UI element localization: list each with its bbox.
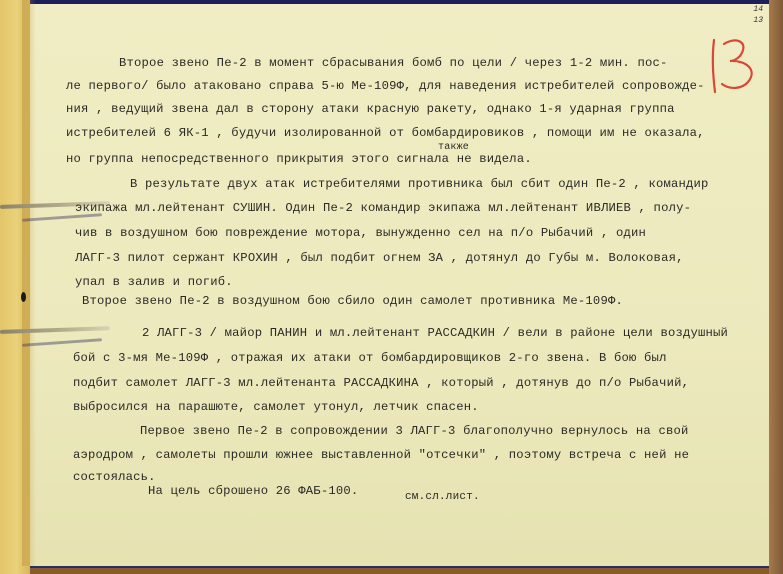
text-line: аэродром , самолеты прошли южнее выставл… (73, 448, 689, 462)
text-line: упал в залив и погиб. (75, 275, 233, 289)
text-line: чив в воздушном бою повреждение мотора, … (75, 226, 646, 240)
text-line: Второе звено Пе-2 в воздушном бою сбило … (82, 294, 623, 308)
text-line: выбросился на парашюте, самолет утонул, … (73, 400, 479, 414)
text-line: состоялась. (73, 470, 156, 484)
text-line: В результате двух атак истребителями про… (130, 177, 709, 191)
text-line: бой с 3-мя Ме-109Ф , отражая их атаки от… (73, 351, 667, 365)
text-line: 2 ЛАГГ-3 / майор ПАНИН и мл.лейтенант РА… (142, 326, 728, 340)
text-line: ния , ведущий звена дал в сторону атаки … (66, 102, 675, 116)
text-line: Первое звено Пе-2 в сопровождении 3 ЛАГГ… (140, 424, 689, 438)
text-line: истребителей 6 ЯК-1 , будучи изолированн… (66, 126, 705, 140)
continuation-note: см.сл.лист. (405, 491, 480, 503)
text-line: Второе звено Пе-2 в момент сбрасывания б… (119, 56, 668, 70)
text-line: На цель сброшено 26 ФАБ-100. (148, 484, 358, 498)
text-line: экипажа мл.лейтенант СУШИН. Один Пе-2 ко… (75, 201, 691, 215)
text-line: ЛАГГ-3 пилот сержант КРОХИН , был подбит… (75, 251, 684, 265)
typewritten-text: Второе звено Пе-2 в момент сбрасывания б… (0, 0, 783, 574)
text-line: подбит самолет ЛАГГ-3 мл.лейтенанта РАСС… (73, 376, 689, 390)
text-line: ле первого/ было атаковано справа 5-ю Ме… (66, 79, 705, 93)
text-line: но группа непосредственного прикрытия эт… (66, 152, 532, 166)
